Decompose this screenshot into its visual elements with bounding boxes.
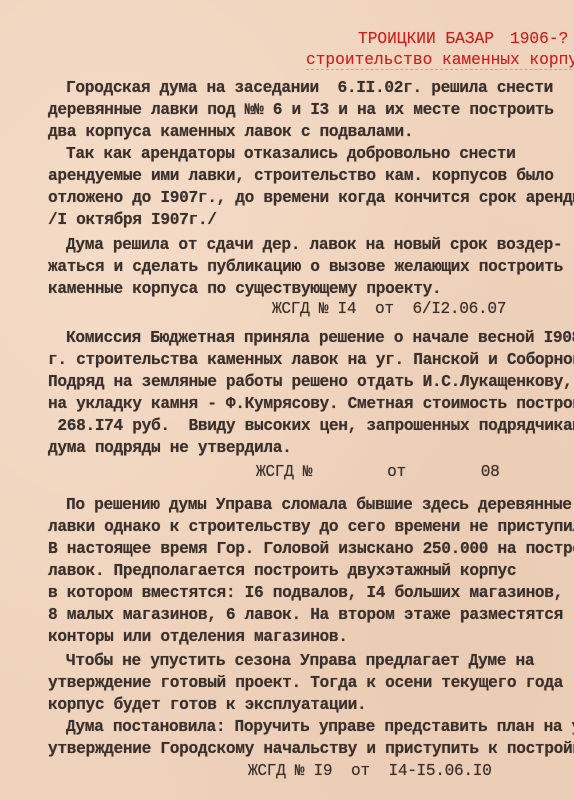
section3-line: Дума постановила: Поручить управе предст… — [66, 718, 574, 736]
header-subtitle: строительство каменных корпусов — [306, 51, 574, 70]
section3-line: конторы или отделения магазинов. — [48, 628, 348, 646]
section2-line: г. строительства каменных лавок на уг. П… — [48, 351, 574, 369]
section3-line: По решению думы Управа сломала бывшие зд… — [66, 496, 572, 514]
section3-line: лавок. Предполагается построить двухэтаж… — [48, 562, 516, 580]
section1-line: два корпуса каменных лавок с подвалами. — [48, 123, 413, 141]
section3-line: утверждение готовый проект. Тогда к осен… — [48, 674, 563, 692]
section1-reference: ЖСГД № I4 от 6/I2.06.07 — [272, 300, 506, 318]
section1-line: арендуемые ими лавки, строительство кам.… — [48, 167, 554, 185]
section2-line: на укладку камня - Ф.Кумрясову. Сметная … — [48, 395, 574, 413]
header-title: ТРОИЦКИИ БАЗАР — [358, 30, 494, 48]
section1-line: Городская дума на заседании 6.II.02г. ре… — [66, 79, 553, 97]
section3-line: в котором вместятся: I6 подвалов, I4 бол… — [48, 584, 563, 602]
section1-line: отложено до I907г., до времени когда кон… — [48, 189, 574, 207]
section3-reference: ЖСГД № I9 от I4-I5.06.I0 — [248, 762, 491, 780]
document-page: ТРОИЦКИИ БАЗАР 1906-? строительство каме… — [0, 0, 574, 800]
section2-line: дума подряды не утвердила. — [48, 439, 291, 457]
section1-line: жаться и сделать публикацию о вызове жел… — [48, 258, 563, 276]
section1-line: деревянные лавки под №№ 6 и I3 и на их м… — [48, 101, 554, 119]
section1-line: /I октября I907г./ — [48, 211, 217, 229]
section3-line: утверждение Городскому начальству и прис… — [48, 740, 574, 758]
section3-line: лавки однако к строительству до сего вре… — [48, 518, 574, 536]
section1-line: Дума решила от сдачи дер. лавок на новый… — [66, 236, 562, 254]
section3-line: 8 малых магазинов, 6 лавок. На втором эт… — [48, 606, 563, 624]
section3-line: Чтобы не упустить сезона Управа предлага… — [66, 652, 534, 670]
section2-line: Комиссия Бюджетная приняла решение о нач… — [66, 329, 574, 347]
section2-line: Подряд на земляные работы решено отдать … — [48, 373, 572, 391]
section1-line: каменные корпуса по существующему проект… — [48, 280, 441, 298]
section3-line: В настоящее время Гор. Головой изыскано … — [48, 540, 574, 558]
section2-reference: ЖСГД № от 08 — [256, 463, 499, 481]
section2-line: 268.I74 руб. Ввиду высоких цен, запрошен… — [48, 417, 574, 435]
header-years: 1906-? — [510, 30, 568, 48]
section3-line: корпус будет готов к эксплуатации. — [48, 696, 366, 714]
section1-line: Так как арендаторы отказались добровольн… — [66, 145, 515, 163]
